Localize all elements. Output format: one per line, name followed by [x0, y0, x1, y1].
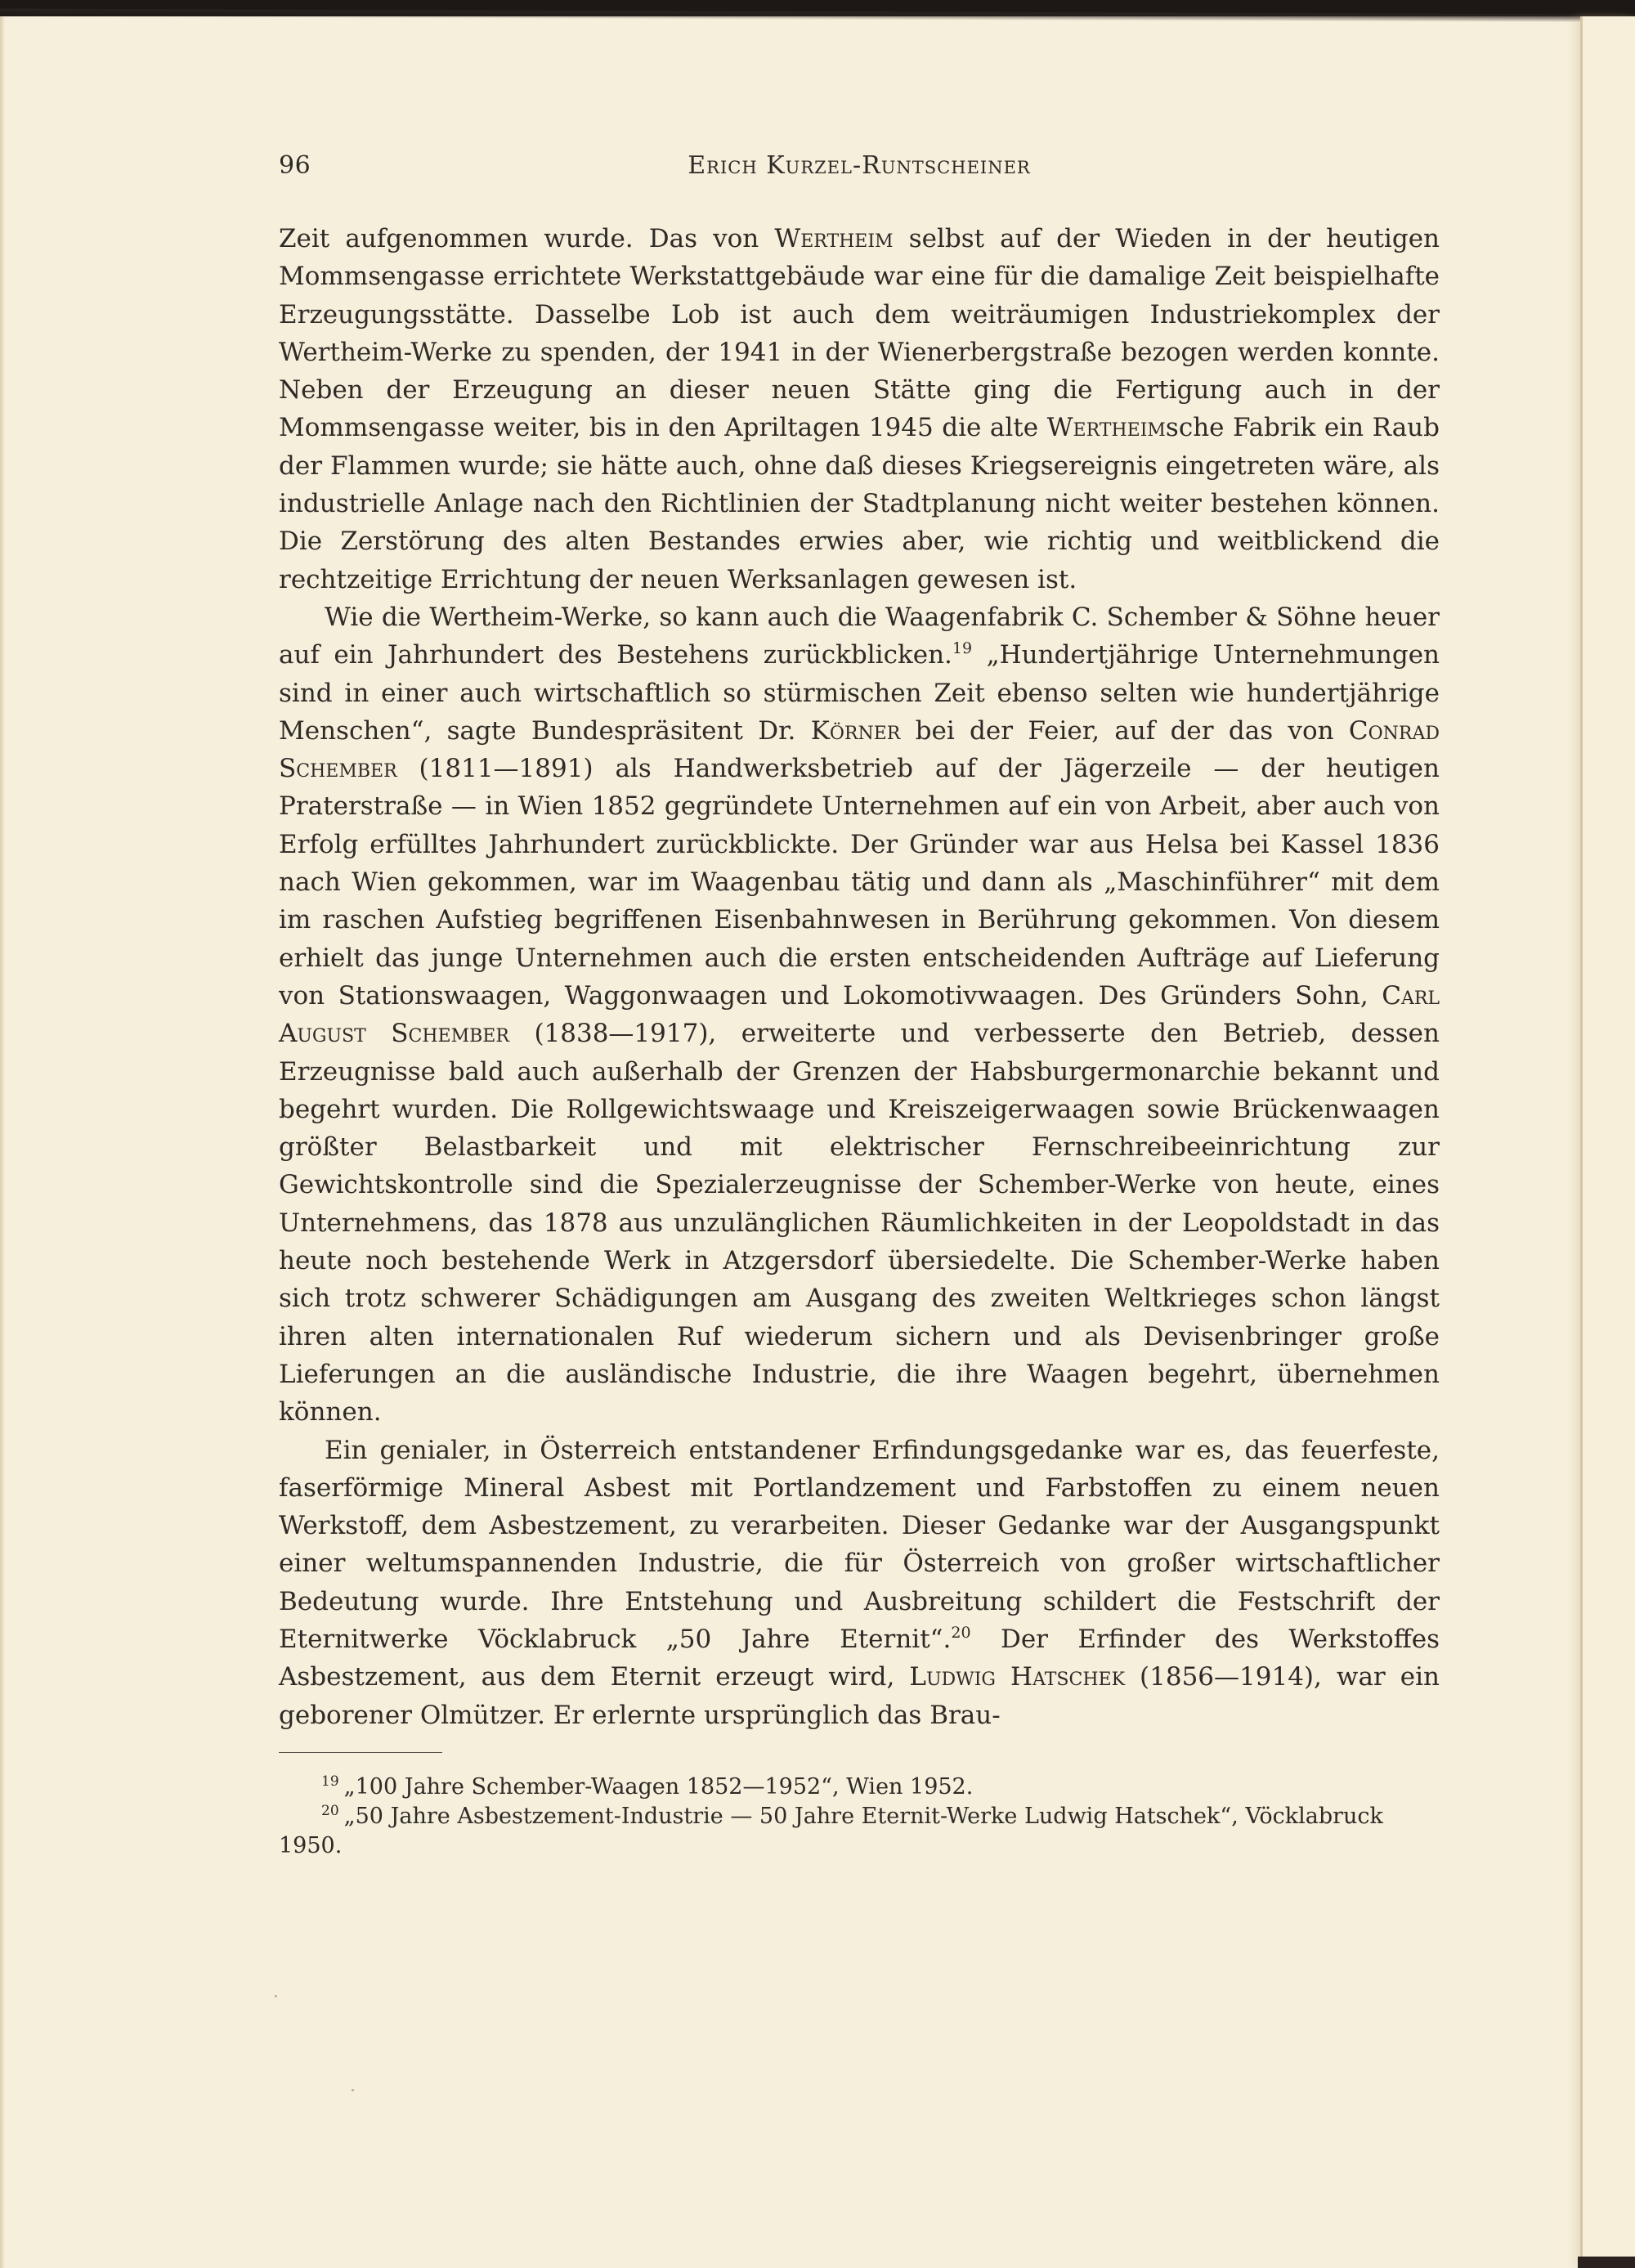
- paragraph: Ein genialer, in Österreich entstandener…: [279, 1432, 1440, 1734]
- paragraph: Wie die Wertheim-Werke, so kann auch die…: [279, 598, 1440, 1432]
- text-run: Ein genialer, in Österreich entstandener…: [279, 1436, 1440, 1654]
- running-head: 96 Erich Kurzel-Runtscheiner: [279, 151, 1440, 184]
- paragraph: Zeit aufgenommen wurde. Das von Wertheim…: [279, 220, 1440, 598]
- footnote-reference[interactable]: 20: [951, 1624, 970, 1642]
- scan-bottom-corner: [1578, 2257, 1635, 2268]
- footnotes: 19„100 Jahre Schember-Waagen 1852—1952“,…: [279, 1773, 1440, 1861]
- footnote-divider: [279, 1752, 442, 1753]
- footnote-reference[interactable]: 19: [952, 639, 972, 657]
- text-run: bei der Feier, auf der das von: [900, 716, 1349, 746]
- footnote-text: „50 Jahre Asbestzement-Industrie — 50 Ja…: [279, 1804, 1383, 1858]
- footnote-number: 19: [321, 1773, 339, 1790]
- scan-left-edge: [0, 16, 5, 2268]
- footnote-text: „100 Jahre Schember-Waagen 1852—1952“, W…: [344, 1774, 974, 1800]
- text-run: (1838—1917), erweiterte und verbesserte …: [279, 1019, 1440, 1427]
- person-name: Ludwig Hatschek: [909, 1662, 1125, 1692]
- paper-speck: [352, 2089, 354, 2091]
- person-name: Wertheim: [1047, 413, 1166, 442]
- text-run: Zeit aufgenommen wurde. Das von: [279, 224, 774, 253]
- footnote-number: 20: [321, 1803, 339, 1819]
- running-head-author: Erich Kurzel-Runtscheiner: [279, 151, 1440, 180]
- person-name: Wertheim: [774, 224, 893, 253]
- body-text: Zeit aufgenommen wurde. Das von Wertheim…: [279, 220, 1440, 1734]
- footnote: 20„50 Jahre Asbestzement-Industrie — 50 …: [279, 1802, 1440, 1861]
- page-fold-strip: [1580, 16, 1635, 2268]
- person-name: Körner: [811, 716, 901, 746]
- book-page: 96 Erich Kurzel-Runtscheiner Zeit aufgen…: [279, 151, 1440, 1861]
- text-run: selbst auf der Wieden in der heutigen Mo…: [279, 224, 1440, 442]
- text-run: (1811—1891) als Handwerksbetrieb auf der…: [279, 754, 1440, 1011]
- footnote: 19„100 Jahre Schember-Waagen 1852—1952“,…: [279, 1773, 1440, 1802]
- paper-speck: [275, 1995, 277, 1997]
